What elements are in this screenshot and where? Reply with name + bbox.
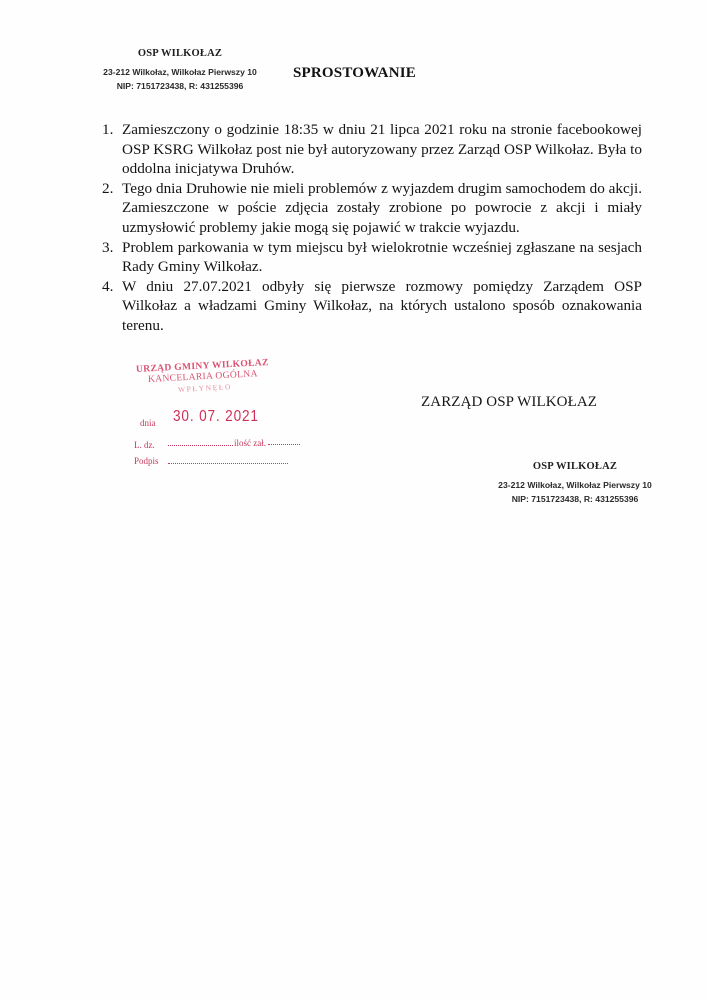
- list-item: 2. Tego dnia Druhowie nie mieli problemó…: [100, 179, 642, 238]
- list-item: 4. W dniu 27.07.2021 odbyły się pierwsze…: [100, 277, 642, 336]
- stamp-ldz-label: L. dz.: [134, 440, 155, 450]
- document-page: OSP WILKOŁAZ 23-212 Wilkołaz, Wilkołaz P…: [0, 0, 707, 1000]
- stamp-received: WPŁYNĘŁO: [178, 382, 232, 394]
- org-name: OSP WILKOŁAZ: [475, 460, 675, 474]
- org-address: 23-212 Wilkołaz, Wilkołaz Pierwszy 10: [80, 65, 280, 79]
- org-ids: NIP: 7151723438, R: 431255396: [80, 79, 280, 93]
- document-title: SPROSTOWANIE: [293, 65, 416, 82]
- receipt-stamp: URZĄD GMINY WILKOŁAZ KANCELARIA OGÓLNA W…: [128, 360, 303, 470]
- stamp-date: 30. 07. 2021: [173, 408, 259, 426]
- org-stamp: OSP WILKOŁAZ 23-212 Wilkołaz, Wilkołaz P…: [475, 460, 675, 506]
- points-list: 1. Zamieszczony o godzinie 18:35 w dniu …: [100, 120, 642, 336]
- letterhead: OSP WILKOŁAZ 23-212 Wilkołaz, Wilkołaz P…: [80, 47, 280, 93]
- item-text: Zamieszczony o godzinie 18:35 w dniu 21 …: [122, 121, 642, 177]
- item-text: Problem parkowania w tym miejscu był wie…: [122, 239, 642, 276]
- stamp-attachments-label: ilość zał.: [234, 438, 266, 448]
- item-text: Tego dnia Druhowie nie mieli problemów z…: [122, 180, 642, 236]
- stamp-attachments-line: [268, 444, 300, 445]
- list-item: 1. Zamieszczony o godzinie 18:35 w dniu …: [100, 120, 642, 179]
- stamp-signature-line: [168, 463, 288, 464]
- stamp-ldz-line: [168, 445, 233, 446]
- item-text: W dniu 27.07.2021 odbyły się pierwsze ro…: [122, 278, 642, 334]
- stamp-date-label: dnia: [140, 418, 156, 428]
- org-ids: NIP: 7151723438, R: 431255396: [475, 492, 675, 506]
- stamp-signature-label: Podpis: [134, 456, 159, 466]
- item-number: 1.: [102, 120, 113, 140]
- item-number: 3.: [102, 238, 113, 258]
- org-address: 23-212 Wilkołaz, Wilkołaz Pierwszy 10: [475, 478, 675, 492]
- board-signature: ZARZĄD OSP WILKOŁAZ: [421, 394, 597, 411]
- list-item: 3. Problem parkowania w tym miejscu był …: [100, 238, 642, 277]
- item-number: 2.: [102, 179, 113, 199]
- item-number: 4.: [102, 277, 113, 297]
- org-name: OSP WILKOŁAZ: [80, 47, 280, 61]
